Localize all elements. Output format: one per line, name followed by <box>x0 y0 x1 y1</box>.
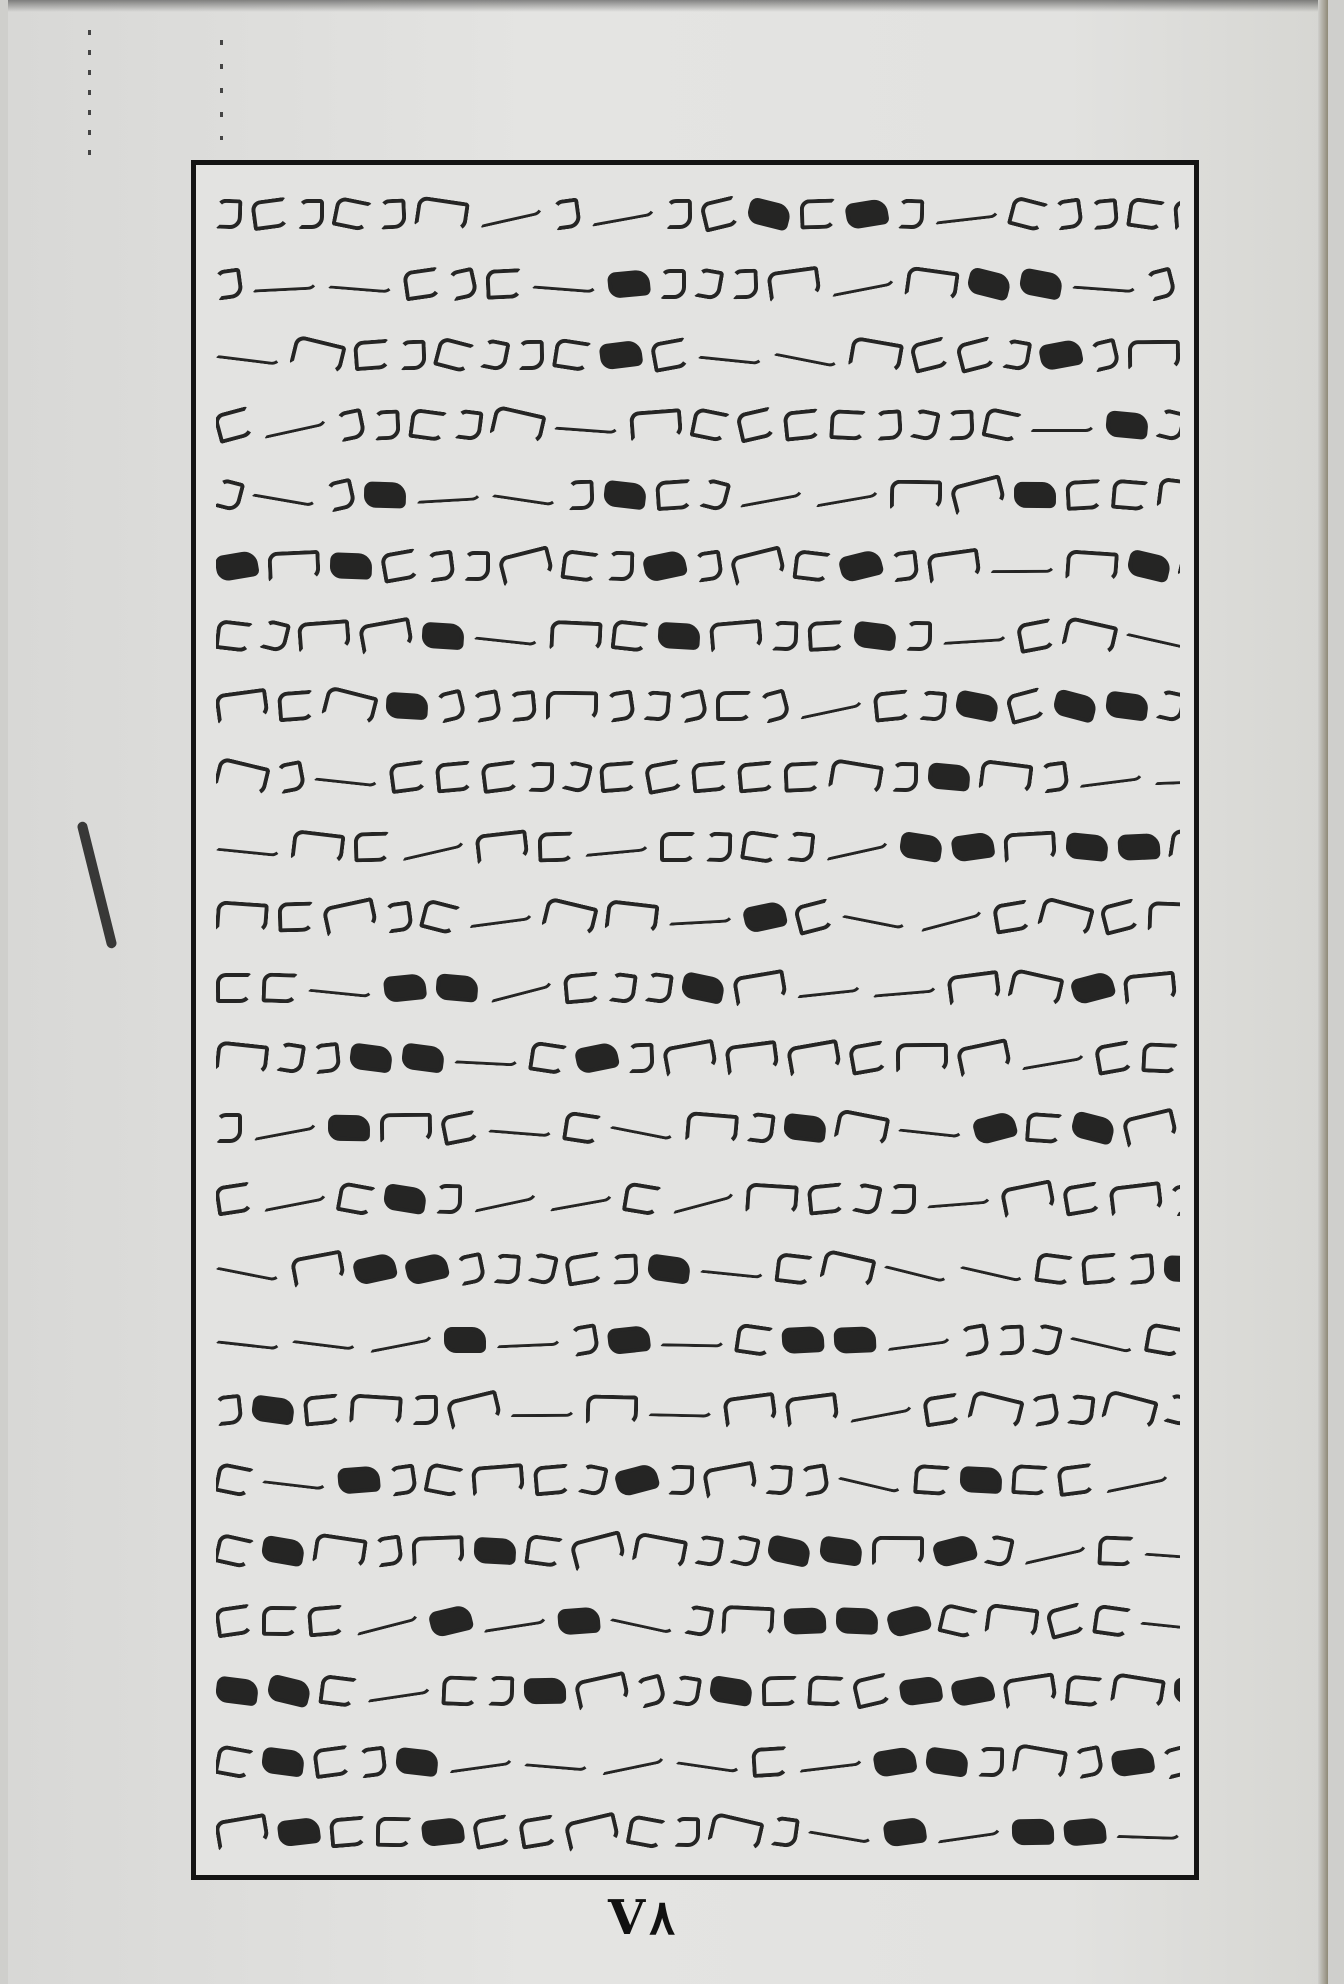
script-glyph <box>541 897 599 938</box>
script-glyph <box>773 341 840 367</box>
script-glyph <box>721 1605 774 1638</box>
manuscript-page: V٨ <box>8 0 1328 1984</box>
script-glyph <box>261 1469 328 1491</box>
script-glyph <box>913 1464 951 1496</box>
script-glyph <box>643 690 671 722</box>
script-glyph <box>216 268 244 301</box>
script-glyph <box>337 1466 381 1495</box>
script-glyph <box>549 620 602 652</box>
script-glyph <box>766 266 822 303</box>
script-glyph <box>1110 1672 1166 1710</box>
script-glyph <box>1081 1253 1119 1286</box>
script-glyph <box>421 1817 466 1848</box>
script-glyph <box>949 474 1007 516</box>
script-glyph <box>552 337 592 372</box>
script-glyph <box>533 1464 571 1497</box>
script-glyph <box>329 1815 367 1848</box>
script-glyph <box>261 1186 328 1212</box>
script-glyph <box>388 760 428 794</box>
script-glyph <box>954 690 1000 724</box>
script-glyph <box>783 408 822 442</box>
script-glyph <box>436 1184 463 1214</box>
script-glyph <box>967 1389 1025 1431</box>
script-glyph <box>1144 1541 1180 1560</box>
script-glyph <box>216 478 245 514</box>
manuscript-line <box>216 1387 1180 1433</box>
script-glyph <box>751 1745 789 1777</box>
manuscript-line <box>216 754 1180 800</box>
script-glyph <box>882 1816 927 1847</box>
script-glyph <box>947 410 974 441</box>
script-glyph <box>518 339 544 369</box>
script-glyph <box>1155 689 1180 724</box>
script-glyph <box>289 334 347 375</box>
script-glyph <box>766 1534 812 1568</box>
script-glyph <box>669 1184 736 1215</box>
script-glyph <box>1069 1111 1116 1147</box>
manuscript-line <box>216 1246 1180 1292</box>
script-glyph <box>1031 1322 1063 1357</box>
script-glyph <box>1156 477 1180 513</box>
manuscript-line <box>216 1105 1180 1151</box>
script-glyph <box>628 1043 655 1074</box>
script-glyph <box>699 478 732 514</box>
script-glyph <box>291 1328 358 1350</box>
margin-mark <box>88 30 91 160</box>
script-glyph <box>622 1181 662 1217</box>
script-glyph <box>1164 1255 1180 1283</box>
script-glyph <box>847 1397 914 1423</box>
script-glyph <box>648 1402 714 1417</box>
script-glyph <box>898 1676 943 1707</box>
script-glyph <box>477 200 544 228</box>
script-glyph <box>259 618 291 653</box>
script-glyph <box>872 978 939 997</box>
script-glyph <box>216 344 283 366</box>
script-glyph <box>800 198 837 229</box>
script-glyph <box>950 831 995 863</box>
manuscript-line <box>216 472 1180 518</box>
script-glyph <box>1173 197 1180 231</box>
script-glyph <box>926 1189 993 1208</box>
script-glyph <box>933 203 1000 224</box>
script-glyph <box>1163 1392 1180 1428</box>
script-glyph <box>611 1254 638 1285</box>
script-glyph <box>1065 549 1119 582</box>
script-glyph <box>471 1463 525 1497</box>
script-glyph <box>672 1674 703 1708</box>
script-glyph <box>1000 1179 1057 1219</box>
script-glyph <box>562 1111 602 1146</box>
script-glyph <box>426 549 456 582</box>
script-glyph <box>1169 1181 1180 1217</box>
script-glyph <box>607 1324 652 1354</box>
script-glyph <box>487 973 554 1003</box>
script-glyph <box>435 973 479 1003</box>
script-glyph <box>1007 967 1064 1008</box>
script-glyph <box>1144 1322 1180 1358</box>
script-glyph <box>644 971 674 1004</box>
script-glyph <box>404 1252 451 1287</box>
script-glyph <box>1089 337 1121 372</box>
script-glyph <box>423 1462 464 1498</box>
script-glyph <box>216 1532 255 1569</box>
script-glyph <box>1062 1181 1102 1217</box>
script-glyph <box>467 906 534 929</box>
script-glyph <box>509 690 538 722</box>
script-glyph <box>1069 1325 1136 1353</box>
manuscript-line <box>216 402 1180 448</box>
script-glyph <box>1003 831 1057 864</box>
script-glyph <box>491 484 558 508</box>
script-glyph <box>435 760 474 793</box>
script-glyph <box>872 1535 924 1565</box>
script-glyph <box>935 1820 1002 1843</box>
script-glyph <box>421 622 465 651</box>
script-glyph <box>599 339 644 370</box>
script-glyph <box>1069 970 1116 1006</box>
script-glyph <box>298 199 324 229</box>
script-glyph <box>563 971 602 1004</box>
script-glyph <box>444 1326 486 1352</box>
script-glyph <box>313 766 380 787</box>
script-glyph <box>278 902 315 933</box>
script-glyph <box>528 1041 568 1076</box>
script-glyph <box>689 407 730 444</box>
script-glyph <box>538 832 575 863</box>
script-glyph <box>959 1466 1002 1494</box>
script-glyph <box>414 195 470 232</box>
script-glyph <box>250 197 290 232</box>
script-glyph <box>1116 1824 1180 1840</box>
script-glyph <box>528 762 555 792</box>
script-glyph <box>364 482 407 509</box>
script-glyph <box>1147 902 1180 934</box>
scan-shadow <box>8 0 1328 12</box>
script-glyph <box>349 1393 403 1426</box>
script-glyph <box>851 1673 893 1710</box>
script-glyph <box>1065 1675 1104 1708</box>
script-glyph <box>216 1743 254 1779</box>
script-glyph <box>931 1533 978 1569</box>
script-glyph <box>909 408 941 443</box>
script-glyph <box>737 760 776 793</box>
manuscript-line <box>216 332 1180 378</box>
script-glyph <box>1139 1611 1180 1632</box>
script-glyph <box>774 1252 813 1286</box>
script-glyph <box>684 1604 715 1638</box>
script-glyph <box>875 409 903 441</box>
script-glyph <box>518 1814 558 1849</box>
script-glyph <box>373 409 400 440</box>
script-glyph <box>472 689 503 723</box>
script-glyph <box>807 620 845 652</box>
script-glyph <box>380 1113 432 1143</box>
script-glyph <box>399 833 466 861</box>
script-glyph <box>691 760 730 793</box>
script-glyph <box>408 408 448 443</box>
script-glyph <box>818 1535 863 1567</box>
script-glyph <box>583 837 650 857</box>
script-glyph <box>260 1746 305 1777</box>
script-glyph <box>1177 545 1180 586</box>
manuscript-line <box>216 1739 1180 1785</box>
script-glyph <box>400 339 427 370</box>
script-glyph <box>909 336 951 374</box>
script-glyph <box>1066 1393 1095 1426</box>
script-glyph <box>330 552 373 580</box>
script-glyph <box>488 1676 515 1707</box>
script-glyph <box>674 1817 700 1847</box>
script-glyph <box>216 406 255 444</box>
script-glyph <box>716 691 752 721</box>
script-glyph <box>646 1253 691 1285</box>
script-glyph <box>1054 197 1084 230</box>
script-glyph <box>365 1679 432 1703</box>
manuscript-line <box>216 261 1180 307</box>
script-glyph <box>702 1461 759 1500</box>
script-glyph <box>734 1322 774 1357</box>
manuscript-line <box>216 824 1180 870</box>
script-glyph <box>955 336 997 374</box>
script-glyph <box>1155 407 1180 442</box>
page-number: V٨ <box>608 1890 675 1946</box>
script-glyph <box>411 1535 464 1567</box>
manuscript-line <box>216 1668 1180 1714</box>
script-glyph <box>485 269 522 301</box>
script-glyph <box>524 1752 591 1771</box>
script-glyph <box>784 1607 827 1635</box>
script-glyph <box>1034 1252 1074 1286</box>
script-glyph <box>724 1040 779 1077</box>
script-glyph <box>942 627 1009 645</box>
script-glyph <box>599 760 637 793</box>
script-glyph <box>216 756 271 797</box>
script-glyph <box>1126 548 1173 583</box>
script-glyph <box>568 480 595 511</box>
script-glyph <box>844 198 890 230</box>
script-glyph <box>1097 1535 1134 1566</box>
script-glyph <box>604 900 659 936</box>
script-glyph <box>510 1403 576 1417</box>
script-glyph <box>919 690 948 722</box>
manuscript-line <box>216 1317 1180 1363</box>
script-glyph <box>635 1673 668 1709</box>
script-glyph <box>1040 760 1070 793</box>
script-glyph <box>829 271 896 297</box>
script-glyph <box>823 833 890 861</box>
script-glyph <box>1104 691 1149 722</box>
manuscript-line <box>216 1809 1180 1855</box>
script-glyph <box>261 411 328 439</box>
manuscript-line <box>216 683 1180 729</box>
script-glyph <box>892 762 918 792</box>
script-glyph <box>216 549 260 582</box>
script-glyph <box>835 1607 878 1635</box>
script-glyph <box>737 483 804 509</box>
script-glyph <box>924 1746 969 1778</box>
script-glyph <box>358 1745 388 1778</box>
script-glyph <box>416 486 483 504</box>
script-glyph <box>328 275 395 294</box>
script-glyph <box>275 760 306 794</box>
script-glyph <box>1065 832 1109 862</box>
script-glyph <box>666 199 692 229</box>
script-glyph <box>472 1814 513 1850</box>
script-glyph <box>762 1676 799 1707</box>
script-glyph <box>374 1534 404 1567</box>
script-glyph <box>1019 1046 1086 1071</box>
script-glyph <box>380 548 421 584</box>
script-glyph <box>694 267 725 301</box>
script-glyph <box>573 1671 630 1712</box>
script-glyph <box>385 692 428 720</box>
script-glyph <box>675 1750 742 1773</box>
script-glyph <box>276 1041 307 1075</box>
script-glyph <box>303 1393 342 1426</box>
script-glyph <box>971 1111 1018 1147</box>
script-glyph <box>312 1532 368 1569</box>
script-glyph <box>1110 1746 1155 1777</box>
script-glyph <box>586 1394 639 1425</box>
manuscript-line <box>216 1457 1180 1503</box>
script-glyph <box>729 1533 761 1568</box>
script-glyph <box>904 266 960 303</box>
script-glyph <box>609 1115 676 1142</box>
script-glyph <box>786 1039 842 1078</box>
script-glyph <box>662 1039 719 1078</box>
script-glyph <box>937 1602 979 1639</box>
script-glyph <box>1117 833 1160 861</box>
script-glyph <box>807 1182 846 1215</box>
script-glyph <box>473 1536 516 1564</box>
script-glyph <box>668 909 735 927</box>
script-glyph <box>435 689 467 724</box>
script-glyph <box>557 1606 601 1635</box>
script-glyph <box>267 550 320 582</box>
script-glyph <box>883 1254 950 1284</box>
script-glyph <box>524 1678 566 1705</box>
script-glyph <box>1012 1742 1068 1780</box>
script-glyph <box>960 1323 991 1357</box>
script-glyph <box>388 1463 418 1496</box>
script-glyph <box>668 1465 695 1496</box>
script-glyph <box>216 837 283 858</box>
script-glyph <box>262 1606 298 1636</box>
script-glyph <box>732 969 788 1007</box>
script-glyph <box>800 1463 831 1497</box>
script-glyph <box>216 1040 269 1075</box>
script-glyph <box>1025 1112 1063 1144</box>
script-glyph <box>252 276 319 293</box>
script-glyph <box>560 549 599 583</box>
script-glyph <box>1101 1389 1159 1431</box>
script-glyph <box>547 1186 614 1211</box>
script-glyph <box>765 1464 793 1496</box>
script-glyph <box>613 1462 660 1498</box>
script-glyph <box>480 760 520 794</box>
script-glyph <box>312 1744 352 1779</box>
script-glyph <box>890 549 919 582</box>
text-lines <box>216 191 1180 1855</box>
script-glyph <box>783 1113 828 1144</box>
script-glyph <box>290 1250 347 1289</box>
script-glyph <box>428 1603 475 1638</box>
script-glyph <box>629 408 683 442</box>
script-glyph <box>447 267 479 302</box>
script-glyph <box>1092 1603 1132 1638</box>
script-glyph <box>260 1534 306 1567</box>
script-glyph <box>447 1750 514 1773</box>
script-glyph <box>379 198 406 229</box>
script-glyph <box>1056 1463 1096 1497</box>
script-glyph <box>722 1392 778 1429</box>
script-glyph <box>1051 688 1098 724</box>
script-glyph <box>401 1043 446 1074</box>
script-glyph <box>216 199 242 230</box>
manuscript-line <box>216 894 1180 940</box>
script-glyph <box>454 409 484 442</box>
script-glyph <box>307 977 374 998</box>
script-glyph <box>946 970 1001 1007</box>
manuscript-line <box>216 1598 1180 1644</box>
script-glyph <box>897 1118 964 1139</box>
script-glyph <box>603 480 648 511</box>
script-glyph <box>454 1050 521 1067</box>
script-glyph <box>1168 828 1180 866</box>
script-glyph <box>626 1814 667 1850</box>
script-glyph <box>353 338 391 371</box>
script-glyph <box>885 1328 952 1350</box>
script-glyph <box>496 1331 563 1348</box>
script-glyph <box>694 1534 725 1568</box>
script-glyph <box>709 619 763 653</box>
script-glyph <box>488 1119 555 1138</box>
script-glyph <box>1073 1744 1104 1778</box>
script-glyph <box>1061 616 1118 657</box>
script-glyph <box>589 201 656 227</box>
script-glyph <box>655 479 693 511</box>
script-glyph <box>1011 1464 1049 1496</box>
script-glyph <box>382 1183 428 1215</box>
script-glyph <box>1125 622 1180 650</box>
script-glyph <box>770 1815 800 1848</box>
script-glyph <box>290 829 345 865</box>
script-glyph <box>699 1259 766 1280</box>
script-glyph <box>419 898 461 936</box>
script-glyph <box>694 549 724 582</box>
script-glyph <box>677 689 709 724</box>
script-glyph <box>853 620 898 651</box>
script-glyph <box>348 1042 393 1073</box>
script-glyph <box>216 619 254 653</box>
script-glyph <box>898 199 925 230</box>
script-glyph <box>841 904 908 930</box>
script-glyph <box>1021 1536 1088 1564</box>
script-glyph <box>1128 340 1180 370</box>
script-glyph <box>473 626 540 647</box>
script-glyph <box>848 335 904 373</box>
script-glyph <box>277 690 315 723</box>
script-glyph <box>699 195 741 233</box>
script-glyph <box>1123 970 1178 1005</box>
script-glyph <box>742 900 789 934</box>
script-glyph <box>740 830 780 865</box>
script-glyph <box>297 619 351 653</box>
script-glyph <box>527 1252 559 1287</box>
script-glyph <box>608 971 638 1004</box>
script-glyph <box>660 832 696 862</box>
